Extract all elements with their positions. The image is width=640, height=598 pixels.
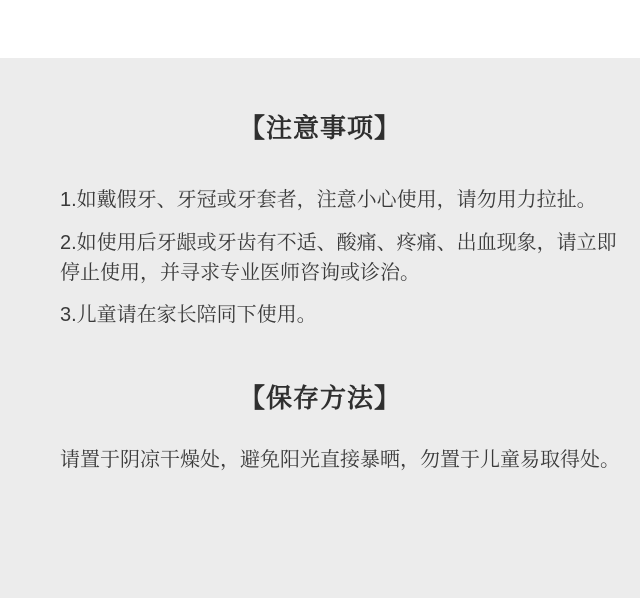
top-white-band xyxy=(0,0,640,58)
text-line: 请置于阴凉干燥处，避免阳光直接暴晒，勿置于儿童易取得处。 xyxy=(60,445,580,475)
precaution-item-2: 2.如使用后牙龈或牙齿有不适、酸痛、疼痛、出血现象，请立即 停止使用，并寻求专业… xyxy=(60,228,580,288)
text-line: 3.儿童请在家长陪同下使用。 xyxy=(60,300,580,330)
text-line: 停止使用，并寻求专业医师咨询或诊治。 xyxy=(60,258,580,288)
storage-instruction: 请置于阴凉干燥处，避免阳光直接暴晒，勿置于儿童易取得处。 xyxy=(60,445,580,475)
section-title-precautions: 【注意事项】 xyxy=(60,58,580,143)
content-area: 【注意事项】 1.如戴假牙、牙冠或牙套者，注意小心使用，请勿用力拉扯。 2.如使… xyxy=(0,58,640,475)
section-title-storage: 【保存方法】 xyxy=(60,383,580,413)
precaution-item-3: 3.儿童请在家长陪同下使用。 xyxy=(60,300,580,330)
precaution-item-1: 1.如戴假牙、牙冠或牙套者，注意小心使用，请勿用力拉扯。 xyxy=(60,185,580,215)
text-line: 1.如戴假牙、牙冠或牙套者，注意小心使用，请勿用力拉扯。 xyxy=(60,185,580,215)
text-line: 2.如使用后牙龈或牙齿有不适、酸痛、疼痛、出血现象，请立即 xyxy=(60,228,580,258)
product-info-page: 【注意事项】 1.如戴假牙、牙冠或牙套者，注意小心使用，请勿用力拉扯。 2.如使… xyxy=(0,0,640,598)
